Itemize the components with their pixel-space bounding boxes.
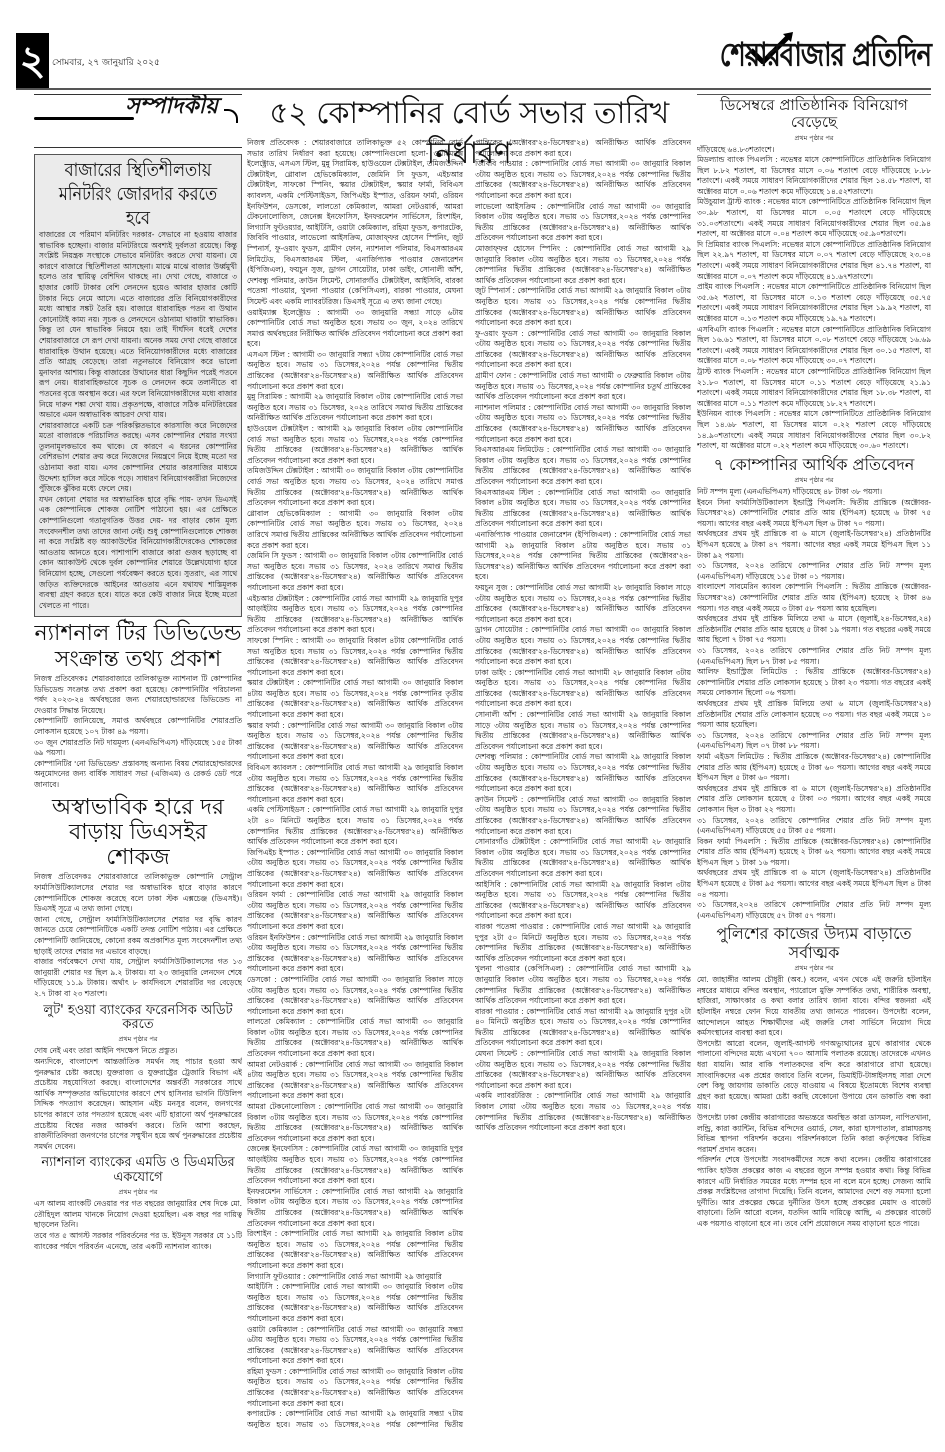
board-meeting-entry: ন্যাশনাল পলিমার : কোম্পানিটির বোর্ড সভা … — [475, 403, 691, 445]
article-headline: ন্যাশনাল টির ডিভিডেন্ড সংক্রান্ত তথ্য প্… — [34, 621, 242, 672]
editorial-headline: বাজারের স্থিতিশীলতায় মনিটরিং জোরদার করত… — [54, 158, 222, 230]
company-name: ওয়াটা কেমিক্যাল — [247, 1325, 298, 1334]
company-name: সোনালী আঁশ — [475, 710, 516, 719]
company-name: আমরা নেটওয়ার্ক — [247, 1060, 297, 1069]
board-meeting-entry: গ্রামীণ ফোন : কোম্পানিটির বোর্ড সভা আগাম… — [475, 371, 691, 403]
board-meeting-entry: ওয়াইম্যাক্স ইলেক্ট্রোড : আগামী ৩০ জানুয… — [247, 308, 463, 350]
board-meeting-entry: তমিজউদ্দিন টেক্সটাইল : আগামী ৩০ জানুয়ার… — [247, 466, 463, 508]
separator: : — [516, 710, 526, 719]
article-paragraph: মিডল্যান্ড ব্যাংক পিএলসি : নভেম্বর মাসে … — [697, 155, 931, 197]
article-paragraph: অর্থবছরের প্রথম দুই প্রান্তিক মিলিয়ে তথ… — [697, 699, 931, 731]
article-paragraph: প্রাইম ব্যাংক পিএলসি : নভেম্বর মাসে কোম্… — [697, 282, 931, 324]
article-body: নিজস্ব প্রতিবেদক : শেয়ারবাজারে তালিকাভু… — [247, 138, 691, 1448]
continued-label: প্রথম পৃষ্ঠার পর — [34, 1035, 242, 1044]
company-name: ঢাকা ডাইং — [475, 668, 506, 677]
board-meeting-entry: মেঘনা সিমেন্ট : কোম্পানিটির বোর্ড সভা আগ… — [475, 1049, 691, 1091]
article-paragraph: উপদেষ্টা ঢাকা কেন্দ্রীয় কারাগারের অভ্যন… — [697, 1113, 931, 1155]
board-meeting-entry: স্কয়ার ফার্মা : কোম্পানিটির বোর্ড সভা আ… — [247, 721, 463, 763]
article-headline: অস্বাভাবিক হারে দর বাড়ায় ডিএসইর শোকজ — [34, 795, 242, 871]
separator: : — [526, 403, 534, 412]
article-paragraph: ইউনিয়ন ব্যাংক পিএলসি : নভেম্বর মাসে কোম… — [697, 409, 931, 451]
article-paragraph: এস আলম ব্যাংকটি নেওয়ার পর গত বছরের জানু… — [34, 1199, 242, 1231]
masthead-rule — [16, 88, 931, 90]
national-tea-article: ন্যাশনাল টির ডিভিডেন্ড সংক্রান্ত তথ্য প্… — [34, 621, 242, 790]
board-meeting-entry: সোনালী আঁশ : কোম্পানিটির বোর্ড সভা আগামী… — [475, 710, 691, 752]
company-name: ওরিয়ন ইনফিউশন — [247, 933, 300, 942]
article-paragraph: পরিদর্শন শেষে উপদেষ্টা সংবাদকর্মীদের সঙ্… — [697, 1155, 931, 1229]
separator: : — [298, 1325, 307, 1334]
article-paragraph: ইবনে সিনা ফার্মাসিউটিক্যালস ইন্ডাস্ট্রি … — [697, 498, 931, 530]
board-meeting-entry: লালতো কেমিক্যাল : কোম্পানিটির বোর্ড সভা … — [247, 1017, 463, 1059]
separator: : — [611, 530, 620, 539]
company-name: বারকা পতেঙ্গা পাওয়ার — [475, 922, 543, 931]
separator: : — [540, 837, 550, 846]
forensic-audit-article: লুট' হওয়া ব্যাংকের ফরেনসিক অডিট করতে প্… — [34, 1004, 242, 1153]
company-name: বিএসআরএম স্টিল — [475, 488, 533, 497]
article-paragraph: অর্থবছরের প্রথম দুই প্রান্তিকে বা ৬ মাসে… — [697, 868, 931, 900]
article-headline: ডিসেম্বরে প্রাতিষ্ঠানিক বিনিয়োগ বেড়েছে — [697, 94, 931, 132]
continued-label: প্রথম পৃষ্ঠার পর — [697, 476, 931, 485]
article-intro: নিজস্ব প্রতিবেদক : শেয়ারবাজারে তালিকাভু… — [247, 138, 463, 308]
separator: : — [311, 308, 327, 317]
board-meeting-entry: রহিমা ফুডস : কোম্পানিটির বোর্ড সভা আগামী… — [247, 1367, 463, 1409]
swash-curl-decoration — [224, 109, 238, 123]
separator: : — [303, 1144, 311, 1153]
company-name: দেশবন্ধু পলিমার — [475, 752, 522, 761]
article-paragraph: যখন কোনো শেয়ার দর অস্বাভাবিক হারে বৃদ্ধ… — [39, 495, 237, 612]
company-name: তমিজউদ্দিন টেক্সটাইল — [247, 466, 314, 475]
company-name: ফু-ওয়াং ফুডস — [475, 329, 518, 338]
separator: : — [533, 488, 545, 497]
company-name: রহিমা ফুডস — [247, 1367, 282, 1376]
continued-label: প্রথম পৃষ্ঠার পর — [697, 964, 931, 973]
article-paragraph: ফার্মা এইডস লিমিটেড : দ্বিতীয় প্রান্তিক… — [697, 752, 931, 784]
board-meeting-entry: বারকা পতেঙ্গা পাওয়ার : কোম্পানিটির বোর্… — [475, 922, 691, 964]
company-name: লালতো কেমিক্যাল — [247, 1017, 305, 1026]
board-meeting-entry: জেমিনি সি ফুডস : আগামী ৩০ জানুয়ারি বিকা… — [247, 551, 463, 593]
board-meeting-entry: মোজাফ্ফর হোসেন স্পিনিং : কোম্পানিটির বোর… — [475, 244, 691, 286]
left-column: সম্পাদকীয় বাজারের স্থিতিশীলতায় মনিটরিং… — [34, 94, 242, 1452]
board-meeting-entry: একমি ল্যাবরটরিজ : কোম্পানিটির বোর্ড সভা … — [475, 1091, 691, 1133]
article-paragraph: দাঁড়িয়েছে ৬৪.৮৩শতাংশে। — [697, 145, 931, 156]
national-bank-article: ন্যাশনাল ব্যাংকের এমডি ও ডিএমডির একযোগে … — [34, 1156, 242, 1252]
article-paragraph: দি প্রিমিয়ার ব্যাংক পিএলসি: নভেম্বর মাস… — [697, 240, 931, 282]
separator: : — [282, 1367, 289, 1376]
board-meeting-entry: গ্লোবাল হেভিকেমিক্যাল : আগামী ৩০ জানুয়া… — [247, 509, 463, 551]
board-meeting-entry: ওয়াটা কেমিক্যাল : কোম্পানিটির বোর্ড সভা… — [247, 1325, 463, 1367]
board-meeting-entry: বিএসআরএম লিমিটেড : কোম্পানিটির বোর্ড সভা… — [475, 445, 691, 487]
separator: : — [536, 202, 547, 211]
company-name: সাফকো স্পিনিং — [247, 636, 293, 645]
company-name: ওয়াইম্যাক্স ইলেক্ট্রোড — [247, 308, 311, 317]
article-paragraph: শেয়ারবাজারে একটি চক্র পরিকল্পিতভাবে কার… — [39, 421, 237, 495]
article-paragraph: ৩০ জুন শেয়ারপ্রতি নিট দায়মূল্য (এনএভিপ… — [34, 738, 242, 759]
board-meetings-article: ৫২ কোম্পানির বোর্ড সভার তারিখ নির্ধারণ ন… — [247, 94, 691, 1452]
company-name: হাউওয়েল টেক্সটাইল — [247, 424, 308, 433]
separator: : — [517, 1049, 527, 1058]
article-paragraph: ৩১ ডিসেম্বর,২০২৪ তারিখে কোম্পানিটির শেয়… — [697, 900, 931, 921]
board-meeting-entry: আমরা নেটওয়ার্ক : কোম্পানিটির বোর্ড সভা … — [247, 1060, 463, 1102]
masthead: ২ সোমবার, ২৭ জানুয়ারি ২০২৫ শেয়ারবাজার … — [0, 0, 945, 92]
company-name: জিপিএইচ ইস্পাত — [247, 848, 299, 857]
separator: : — [308, 424, 317, 433]
article-paragraph: অর্থবছরের প্রথম দুই প্রান্তিক মিলিয়ে তথ… — [697, 614, 931, 646]
company-name: গ্রামীণ ফোন — [475, 371, 511, 380]
company-name: ন্যাশনাল পলিমার — [475, 403, 526, 412]
article-paragraph: দোষ নেই এবং তারা আইনি পদক্ষেপ নিতে প্রস্… — [34, 1046, 242, 1057]
separator: : — [315, 1102, 324, 1111]
editorial-article: বাজারের স্থিতিশীলতায় মনিটরিং জোরদার করত… — [34, 154, 242, 617]
company-name: লাভেলো আইসক্রিম — [475, 202, 536, 211]
board-meeting-entry: আমরা টেকনোলোজিস : কোম্পানিটির বোর্ড সভা … — [247, 1102, 463, 1144]
board-meeting-entry: ওরিয়ন ইনফিউশন : কোম্পানিটির বোর্ড সভা আ… — [247, 933, 463, 975]
company-name: বিবিএস ক্যাবলস — [247, 763, 297, 772]
article-headline: ৫২ কোম্পানির বোর্ড সভার তারিখ নির্ধারণ — [247, 94, 691, 134]
article-paragraph: ট্রাস্ট ব্যাংক পিএলসি : নভেম্বর মাসে কোম… — [697, 367, 931, 409]
right-column: ডিসেম্বরে প্রাতিষ্ঠানিক বিনিয়োগ বেড়েছে… — [697, 94, 931, 1452]
board-meeting-entry: দেশবন্ধু পলিমার : কোম্পানিটির বোর্ড সভা … — [475, 752, 691, 794]
article-body: দাঁড়িয়েছে ৬৪.৮৩শতাংশে।মিডল্যান্ড ব্যাং… — [697, 145, 931, 452]
board-meeting-entry: ফয়চুন সুজ : কোম্পানিটির বোর্ড সভা আগামী… — [475, 583, 691, 625]
board-meeting-entry: আইটিসি : কোম্পানিটির বোর্ড সভা আগামী ৩০ … — [247, 1282, 463, 1324]
board-meeting-entry: এসএস স্টিল : আগামী ৩০ জানুয়ারি সন্ধ্যা … — [247, 350, 463, 392]
separator: : — [564, 964, 576, 973]
continued-label: প্রথম পৃষ্ঠার পর — [34, 1188, 242, 1197]
company-name: ওরিয়ন ফার্মা — [247, 890, 285, 899]
swash-decoration — [34, 117, 134, 120]
board-meeting-entry: রিংশাইন : কোম্পানিটির বোর্ড সভা আগামী ২৯… — [247, 1229, 463, 1271]
board-meeting-entry: জিবিবি পাওয়ার : কোম্পানিটির বোর্ড সভা আ… — [475, 159, 691, 201]
meeting-details: কোম্পানিটির বোর্ড সভা আগামী ২৯ জানুয়ারি — [308, 1272, 442, 1281]
board-meeting-entry: বিএসআরএম স্টিল : কোম্পানিটির বোর্ড সভা আ… — [475, 488, 691, 530]
company-name: একমি ল্যাবরটরিজ — [475, 1091, 532, 1100]
separator: : — [285, 350, 293, 359]
dse-showcause-article: অস্বাভাবিক হারে দর বাড়ায় ডিএসইর শোকজ ন… — [34, 795, 242, 1000]
page-number: ২ — [16, 33, 49, 88]
brand-logo: শেয়ারবাজার প্রতিদিন — [720, 29, 931, 84]
article-headline: পুলিশের কাজের উদ্যম বাড়াতে সর্বাত্মক — [697, 925, 931, 962]
article-headline: ন্যাশনাল ব্যাংকের এমডি ও ডিএমডির একযোগে — [34, 1156, 242, 1186]
company-name: ক্রাউন সিমেন্ট — [475, 795, 517, 804]
company-name: ইনফরমেশন সার্ভিসেস — [247, 1187, 312, 1196]
separator: : — [273, 1282, 282, 1291]
article-paragraph: নিজস্ব প্রতিবেদকঃ শেয়ারবাজারে তালিকাভুক… — [34, 674, 242, 716]
separator: : — [321, 509, 340, 518]
separator: : — [304, 594, 312, 603]
company-name: একমি পেস্টিসাইডস — [247, 805, 305, 814]
separator: : — [297, 763, 305, 772]
article-body: নিট সম্পদ মূল্য (এনএভিপিএস) দাঁড়িয়েছে … — [697, 487, 931, 921]
board-meeting-entry: জুট স্পিনার্স : কোম্পানিটির বোর্ড সভা আগ… — [475, 286, 691, 328]
board-meeting-entry: স্কয়ার টেক্সটাইল : কোম্পানিটির বোর্ড সভ… — [247, 678, 463, 720]
separator: : — [305, 1017, 317, 1026]
separator: : — [532, 1091, 544, 1100]
separator: : — [560, 244, 573, 253]
board-meeting-entry: মুন্নু সিরামিক : আগামী ২৯ জানুয়ারি বিকা… — [247, 392, 463, 424]
board-meeting-entry: ঢাকা ডাইং : কোম্পানিটির বোর্ড সভা আগামী … — [475, 668, 691, 710]
company-name: মোজাফ্ফর হোসেন স্পিনিং — [475, 244, 560, 253]
separator: : — [543, 922, 552, 931]
company-name: জিবিবি পাওয়ার — [475, 159, 522, 168]
article-paragraph: ৩১ ডিসেম্বর, ২০২৪ তারিখে কোম্পানির শেয়া… — [697, 561, 931, 582]
board-meeting-entry: এইচআর টেক্সটাইল : কোম্পানিটির বোর্ড সভা … — [247, 594, 463, 636]
company-name: আমরা টেকনোলোজিস — [247, 1102, 315, 1111]
board-meeting-entry: ইনফরমেশন সার্ভিসেস : কোম্পানিটির বোর্ড স… — [247, 1187, 463, 1229]
company-name: জেমিনি সি ফুডস — [247, 551, 297, 560]
board-meeting-entry: বারকা পাওয়ার : কোম্পানিটির বোর্ড সভা আগ… — [475, 1007, 691, 1049]
board-meeting-entry: লাভেলো আইসক্রিম : কোম্পানিটির বোর্ড সভা … — [475, 202, 691, 244]
company-name: বিএসআরএম লিমিটেড — [475, 445, 544, 454]
company-name: এইচআর টেক্সটাইল — [247, 594, 304, 603]
board-meeting-entry: বিবিএস ক্যাবলস : কোম্পানিটির বোর্ড সভা আ… — [247, 763, 463, 805]
article-paragraph: মিউচুয়াল ট্রাস্ট ব্যাংক : নভেম্বর মাসে … — [697, 197, 931, 239]
board-meeting-entry: ক্রাউন সিমেন্ট : কোম্পানিটির বোর্ড সভা আ… — [475, 795, 691, 837]
board-meeting-entry: লিগ্যাসি ফুটওয়্যার : কোম্পানিটির বোর্ড … — [247, 1272, 463, 1283]
board-meeting-entry: সোনারগাঁও টেক্সটাইল : কোম্পানিটির বোর্ড … — [475, 837, 691, 879]
company-name: ড্রাগন সোয়েটার — [475, 625, 523, 634]
article-paragraph: আলিফ ইন্ডাস্ট্রিজ লিমিটেড : দ্বিতীয় প্র… — [697, 667, 931, 699]
article-paragraph: এসবিএসি ব্যাংক পিএলসি : নভেম্বর মাসে কোম… — [697, 325, 931, 367]
company-name: আইসিবি — [475, 880, 501, 889]
board-meeting-entry: জিপিএইচ ইস্পাত : কোম্পানিটির বোর্ড সভা আ… — [247, 848, 463, 890]
article-headline: লুট' হওয়া ব্যাংকের ফরেনসিক অডিট করতে — [34, 1004, 242, 1034]
separator: : — [523, 625, 532, 634]
board-meeting-entry: খুলনা পাওয়ার (কেপিসিএল) : কোম্পানিটির ব… — [475, 964, 691, 1006]
company-name: লিগ্যাসি ফুটওয়্যার — [247, 1272, 301, 1281]
article-paragraph: অর্থবছরের প্রথম দুই প্রান্তিকে বা ৬ মাসে… — [697, 529, 931, 561]
company-name: ফয়চুন সুজ — [475, 583, 507, 592]
board-meeting-entry: জেনেক্স ইনফোসিস : কোম্পানিটির বোর্ড সভা … — [247, 1144, 463, 1186]
article-paragraph: তবে গত ৫ আগস্ট সরকার পরিবর্তনের পর ড. ইউ… — [34, 1231, 242, 1252]
separator: : — [294, 678, 303, 687]
company-name: ডেসকো — [247, 975, 271, 984]
article-paragraph: ৩১ ডিসেম্বর, ২০২৪ তারিখে কোম্পানির শেয়া… — [697, 731, 931, 752]
board-meeting-entry: সাফকো স্পিনিং : আগামী ৩০ জানুয়ারি বিকাল… — [247, 636, 463, 678]
article-paragraph: উপদেষ্টা আরো বলেন, জুলাই-আগস্ট গণঅভ্যুত্… — [697, 1039, 931, 1113]
company-name: বারকা পাওয়ার — [475, 1007, 518, 1016]
company-name: খুলনা পাওয়ার (কেপিসিএল) — [475, 964, 564, 973]
seven-companies-article: ৭ কোম্পানির আর্থিক প্রতিবেদন প্রথম পৃষ্ঠ… — [697, 456, 931, 922]
article-paragraph: নিট সম্পদ মূল্য (এনএভিপিএস) দাঁড়িয়েছে … — [697, 487, 931, 498]
separator: : — [276, 1409, 286, 1418]
company-name: আইটিসি — [247, 1282, 273, 1291]
section-label: সম্পাদকীয় — [125, 101, 218, 112]
article-paragraph: ৩১ ডিসেম্বর, ২০২৪ তারিখে কোম্পানির শেয়া… — [697, 646, 931, 667]
article-paragraph: কোম্পানিটি জানিয়েছে, সমাপ্ত অর্থবছরে কো… — [34, 716, 242, 737]
article-paragraph: বাজার পর্যবেক্ষণে দেখা যায়, সেন্ট্রাল ফ… — [34, 957, 242, 999]
article-paragraph: অর্থবছরের প্রথম দুই প্রান্তিকে বা ৬ মাসে… — [697, 784, 931, 816]
company-name: জুট স্পিনার্স — [475, 286, 510, 295]
editorial-banner: সম্পাদকীয় — [34, 94, 242, 148]
board-meeting-entry: ওরিয়ন ফার্মা : কোম্পানিটির বোর্ড সভা আগ… — [247, 890, 463, 932]
article-paragraph: কোম্পানিটির 'নো ডিভিডেন্ড' প্রস্তাবসহ অন… — [34, 759, 242, 791]
company-name: রিংশাইন — [247, 1229, 271, 1238]
separator: : — [314, 466, 322, 475]
article-paragraph: বাজারের যে পরিমাণ মনিটরিং দরকার- সেভাবে … — [39, 230, 237, 421]
company-name: এসএস স্টিল — [247, 350, 285, 359]
board-meeting-entry: হাউওয়েল টেক্সটাইল : আগামী ২৯ জানুয়ারি … — [247, 424, 463, 466]
company-name: গ্লোবাল হেভিকেমিক্যাল — [247, 509, 321, 518]
separator: : — [544, 445, 553, 454]
board-meeting-entry: ফু-ওয়াং ফুডস : কোম্পানিটির বোর্ড সভা আগ… — [475, 329, 691, 371]
separator: : — [522, 752, 531, 761]
article-paragraph: নিজস্ব প্রতিবেদকঃ শেয়ারবাজারে তালিকাভুক… — [34, 872, 242, 914]
separator: : — [282, 392, 289, 401]
article-paragraph: জানা গেছে, সেন্ট্রাল ফার্মাসিউটিক্যালসের… — [34, 915, 242, 957]
board-meeting-entry: একমি পেস্টিসাইডস : কোম্পানিটির বোর্ড সভা… — [247, 805, 463, 847]
board-meeting-entry: আইসিবি : কোম্পানিটির বোর্ড সভা আগামী ২৯ … — [475, 880, 691, 922]
separator: : — [501, 880, 510, 889]
board-meeting-entry: ডেসকো : কোম্পানিটির বোর্ড সভা আগামী ৩০ জ… — [247, 975, 463, 1017]
article-paragraph: মো. জাহাঙ্গীর আলম চৌধুরী (অব.) বলেন, এখন… — [697, 975, 931, 1039]
separator: : — [517, 795, 527, 804]
police-article: পুলিশের কাজের উদ্যম বাড়াতে সর্বাত্মক প্… — [697, 925, 931, 1229]
date-line: সোমবার, ২৭ জানুয়ারি ২০২৫ — [52, 55, 160, 70]
company-name: স্কয়ার ফার্মা — [247, 721, 279, 730]
article-paragraph: অন্যদিকে, বাংলাদেশ আন্তর্জাতিক সমর্থন সহ… — [34, 1057, 242, 1152]
separator: : — [285, 890, 296, 899]
article-headline: ৭ কোম্পানির আর্থিক প্রতিবেদন — [697, 456, 931, 474]
company-name: জেনেক্স ইনফোসিস — [247, 1144, 303, 1153]
article-paragraph: বিকন ফার্মা পিএলসি : দ্বিতীয় প্রান্তিকে… — [697, 837, 931, 869]
company-name: মেঘনা সিমেন্ট — [475, 1049, 517, 1058]
separator: : — [522, 159, 531, 168]
company-name: স্কয়ার টেক্সটাইল — [247, 678, 294, 687]
separator: : — [518, 329, 528, 338]
article-paragraph: বাংলাদেশ সাবমেরিন ক্যাবল কোম্পানি পিএলসি… — [697, 582, 931, 614]
continued-label: প্রথম পৃষ্ঠার পর — [697, 134, 931, 143]
separator: : — [301, 1272, 308, 1281]
article-paragraph: ৩১ ডিসেম্বর, ২০২৪ তারিখে কোম্পানির শেয়া… — [697, 816, 931, 837]
board-meeting-entry: ড্রাগন সোয়েটার : কোম্পানিটির বোর্ড সভা … — [475, 625, 691, 667]
separator: : — [271, 975, 281, 984]
company-name: সোনারগাঁও টেক্সটাইল — [475, 837, 540, 846]
company-name: কপারটেক — [247, 1409, 276, 1418]
board-meeting-entry: এনার্জিপ্যাক পাওয়ার জেনারেশন (ইপিজিএল) … — [475, 530, 691, 583]
institutional-investment-article: ডিসেম্বরে প্রাতিষ্ঠানিক বিনিয়োগ বেড়েছে… — [697, 94, 931, 452]
separator: : — [312, 1187, 322, 1196]
separator: : — [271, 1229, 281, 1238]
company-name: এনার্জিপ্যাক পাওয়ার জেনারেশন (ইপিজিএল) — [475, 530, 611, 539]
article-body: মো. জাহাঙ্গীর আলম চৌধুরী (অব.) বলেন, এখন… — [697, 975, 931, 1229]
company-name: মুন্নু সিরামিক — [247, 392, 282, 401]
separator: : — [511, 371, 519, 380]
